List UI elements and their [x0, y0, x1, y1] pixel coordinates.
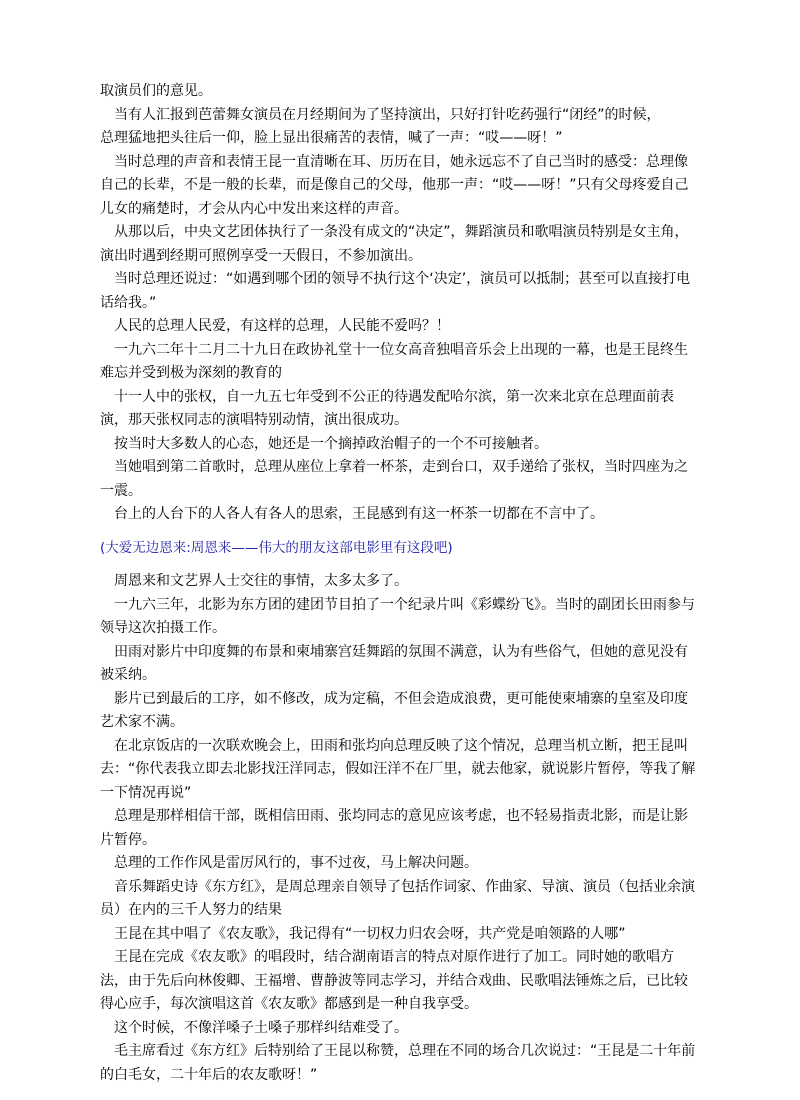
- section-2: 周恩来和文艺界人士交往的事情，太多太多了。 一九六三年，北影为东方团的建团节目拍…: [100, 570, 696, 1087]
- paragraph: 周恩来和文艺界人士交往的事情，太多太多了。: [100, 570, 696, 594]
- paragraph: 人民的总理人民爱，有这样的总理，人民能不爱吗？！: [100, 315, 696, 339]
- paragraph: 王昆在完成《农友歌》的唱段时，结合湖南语言的特点对原作进行了加工。同时她的歌唱方…: [100, 946, 696, 1017]
- paragraph: 总理的工作作风是雷厉风行的，事不过夜，马上解决问题。: [100, 852, 696, 876]
- paragraph: 总理猛地把头往后一仰，脸上显出很痛苦的表情，喊了一声：“哎——呀！”: [100, 127, 696, 151]
- paragraph: 在北京饭店的一次联欢晚会上，田雨和张均向总理反映了这个情况，总理当机立断，把王昆…: [100, 735, 696, 806]
- paragraph: 台上的人台下的人各人有各人的思索，王昆感到有这一杯茶一切都在不言中了。: [100, 503, 696, 527]
- paragraph: 这个时候，不像洋嗓子土嗓子那样纠结难受了。: [100, 1017, 696, 1041]
- movie-reference-link[interactable]: (大爱无边恩来:周恩来——伟大的朋友这部电影里有这段吧): [100, 537, 696, 561]
- paragraph: 一九六三年，北影为东方团的建团节目拍了一个纪录片叫《彩蝶纷飞》。当时的副团长田雨…: [100, 594, 696, 641]
- paragraph: 总理是那样相信干部，既相信田雨、张均同志的意见应该考虑，也不轻易指责北影，而是让…: [100, 805, 696, 852]
- paragraph: 毛主席看过《东方红》后特别给了王昆以称赞，总理在不同的场合几次说过：“王昆是二十…: [100, 1040, 696, 1087]
- paragraph: 音乐舞蹈史诗《东方红》，是周总理亲自领导了包括作词家、作曲家、导演、演员（包括业…: [100, 876, 696, 923]
- paragraph: 影片已到最后的工序，如不修改，成为定稿，不但会造成浪费，更可能使柬埔寨的皇室及印…: [100, 688, 696, 735]
- paragraph: 田雨对影片中印度舞的布景和柬埔寨宫廷舞蹈的氛围不满意，认为有些俗气，但她的意见没…: [100, 641, 696, 688]
- paragraph: 取演员们的意见。: [100, 80, 696, 104]
- paragraph: 按当时大多数人的心态，她还是一个摘掉政治帽子的一个不可接触者。: [100, 433, 696, 457]
- section-1: 取演员们的意见。 当有人汇报到芭蕾舞女演员在月经期间为了坚持演出，只好打针吃药强…: [100, 80, 696, 527]
- paragraph: 十一人中的张权，自一九五七年受到不公正的待遇发配哈尔滨，第一次来北京在总理面前表…: [100, 386, 696, 433]
- paragraph: 当时总理的声音和表情王昆一直清晰在耳、历历在目，她永远忘不了自己当时的感受：总理…: [100, 151, 696, 222]
- paragraph: 当时总理还说过：“如遇到哪个团的领导不执行这个‘决定’，演员可以抵制；甚至可以直…: [100, 268, 696, 315]
- paragraph: 从那以后，中央文艺团体执行了一条没有成文的“决定”，舞蹈演员和歌唱演员特别是女主…: [100, 221, 696, 268]
- paragraph: 当有人汇报到芭蕾舞女演员在月经期间为了坚持演出，只好打针吃药强行“闭经”的时候，: [100, 104, 696, 128]
- paragraph: 当她唱到第二首歌时，总理从座位上拿着一杯茶，走到台口，双手递给了张权，当时四座为…: [100, 456, 696, 503]
- document-page: 取演员们的意见。 当有人汇报到芭蕾舞女演员在月经期间为了坚持演出，只好打针吃药强…: [100, 80, 696, 1087]
- paragraph: 一九六二年十二月二十九日在政协礼堂十一位女高音独唱音乐会上出现的一幕，也是王昆终…: [100, 339, 696, 386]
- paragraph: 王昆在其中唱了《农友歌》，我记得有“一切权力归农会呀，共产党是咱领路的人哪”: [100, 923, 696, 947]
